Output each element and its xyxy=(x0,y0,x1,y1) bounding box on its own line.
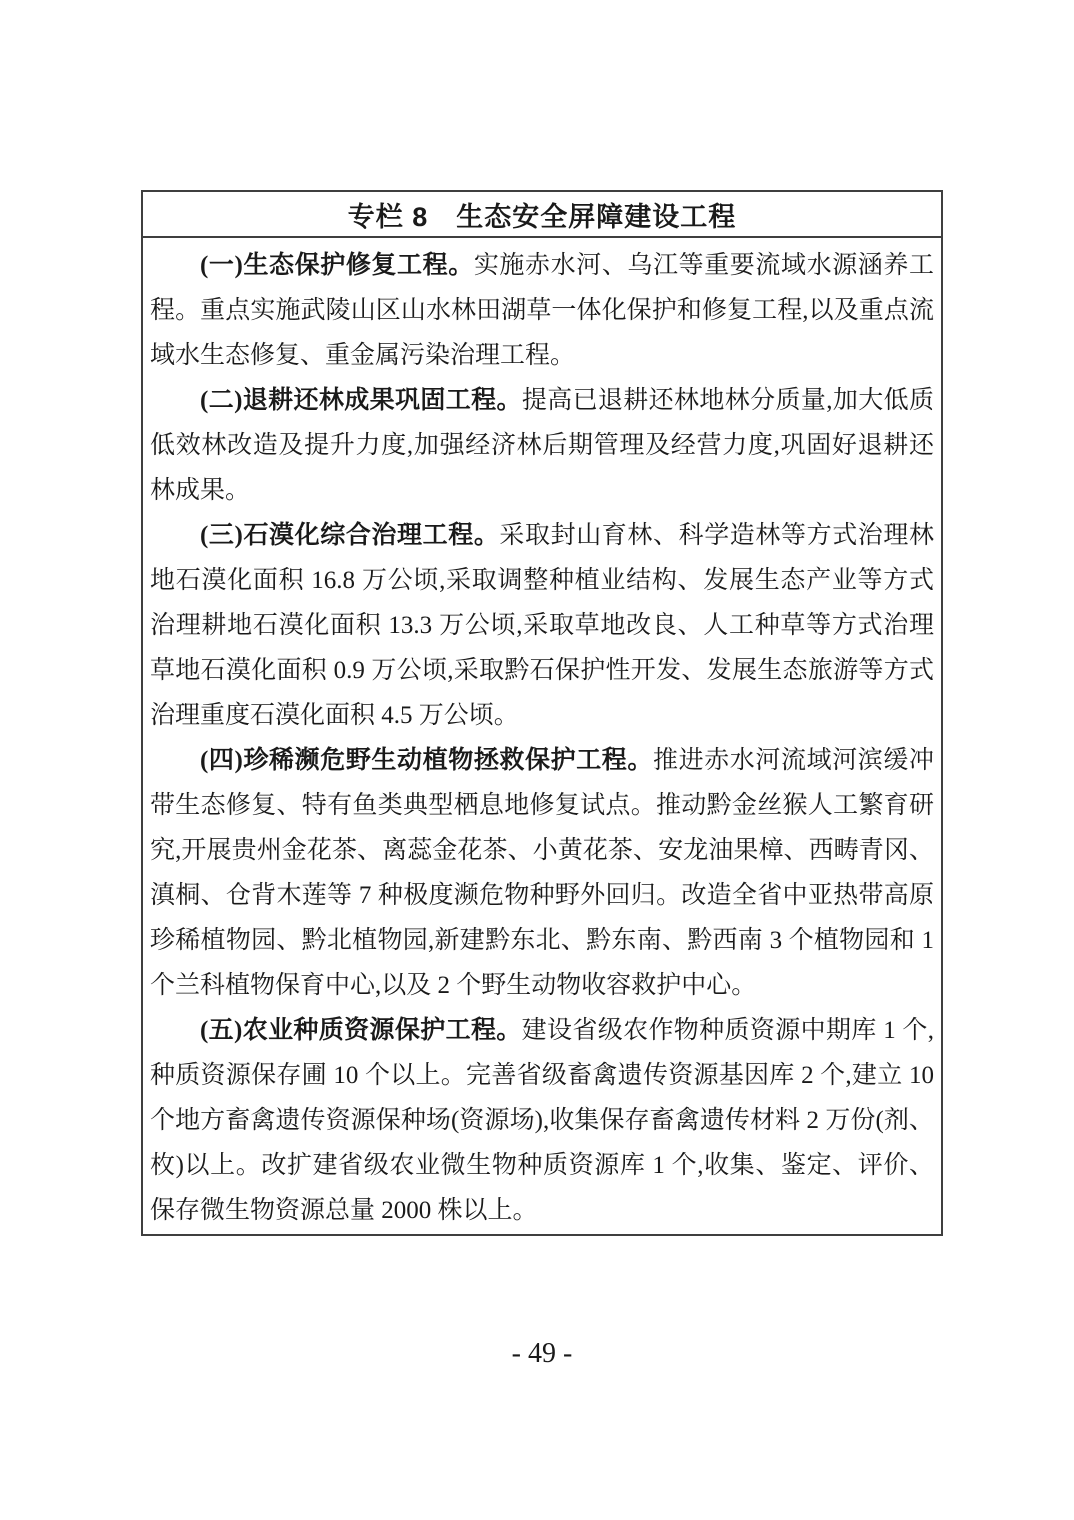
panel-body: (一)生态保护修复工程。实施赤水河、乌江等重要流域水源涵养工程。重点实施武陵山区… xyxy=(143,238,941,1233)
paragraph-rocky-desertification: (三)石漠化综合治理工程。采取封山育林、科学造林等方式治理林地石漠化面积 16.… xyxy=(150,513,934,738)
paragraph-4-lead: (四)珍稀濒危野生动植物拯救保护工程。 xyxy=(200,747,653,774)
paragraph-5-text: 建设省级农作物种质资源中期库 1 个,种质资源保存圃 10 个以上。完善省级畜禽… xyxy=(150,1017,934,1224)
paragraph-5-lead: (五)农业种质资源保护工程。 xyxy=(200,1017,522,1044)
panel-title: 专栏 8 生态安全屏障建设工程 xyxy=(348,195,737,234)
paragraph-ecological-restoration: (一)生态保护修复工程。实施赤水河、乌江等重要流域水源涵养工程。重点实施武陵山区… xyxy=(150,243,934,378)
document-page: { "page": { "number_label": "- 49 -" }, … xyxy=(0,0,1074,1520)
highlight-box-ecological-security-projects: 专栏 8 生态安全屏障建设工程 (一)生态保护修复工程。实施赤水河、乌江等重要流… xyxy=(141,190,943,1236)
paragraph-3-text: 采取封山育林、科学造林等方式治理林地石漠化面积 16.8 万公顷,采取调整种植业… xyxy=(150,522,934,729)
page-number: - 49 - xyxy=(141,1338,943,1370)
paragraph-1-lead: (一)生态保护修复工程。 xyxy=(200,252,474,279)
paragraph-2-lead: (二)退耕还林成果巩固工程。 xyxy=(200,387,522,414)
panel-title-row: 专栏 8 生态安全屏障建设工程 xyxy=(143,192,941,238)
paragraph-rare-wildlife-rescue: (四)珍稀濒危野生动植物拯救保护工程。推进赤水河流域河滨缓冲带生态修复、特有鱼类… xyxy=(150,738,934,1008)
paragraph-agricultural-germplasm: (五)农业种质资源保护工程。建设省级农作物种质资源中期库 1 个,种质资源保存圃… xyxy=(150,1008,934,1233)
paragraph-3-lead: (三)石漠化综合治理工程。 xyxy=(200,522,499,549)
paragraph-4-text: 推进赤水河流域河滨缓冲带生态修复、特有鱼类典型栖息地修复试点。推动黔金丝猴人工繁… xyxy=(150,747,934,999)
paragraph-farmland-to-forest: (二)退耕还林成果巩固工程。提高已退耕还林地林分质量,加大低质低效林改造及提升力… xyxy=(150,378,934,513)
